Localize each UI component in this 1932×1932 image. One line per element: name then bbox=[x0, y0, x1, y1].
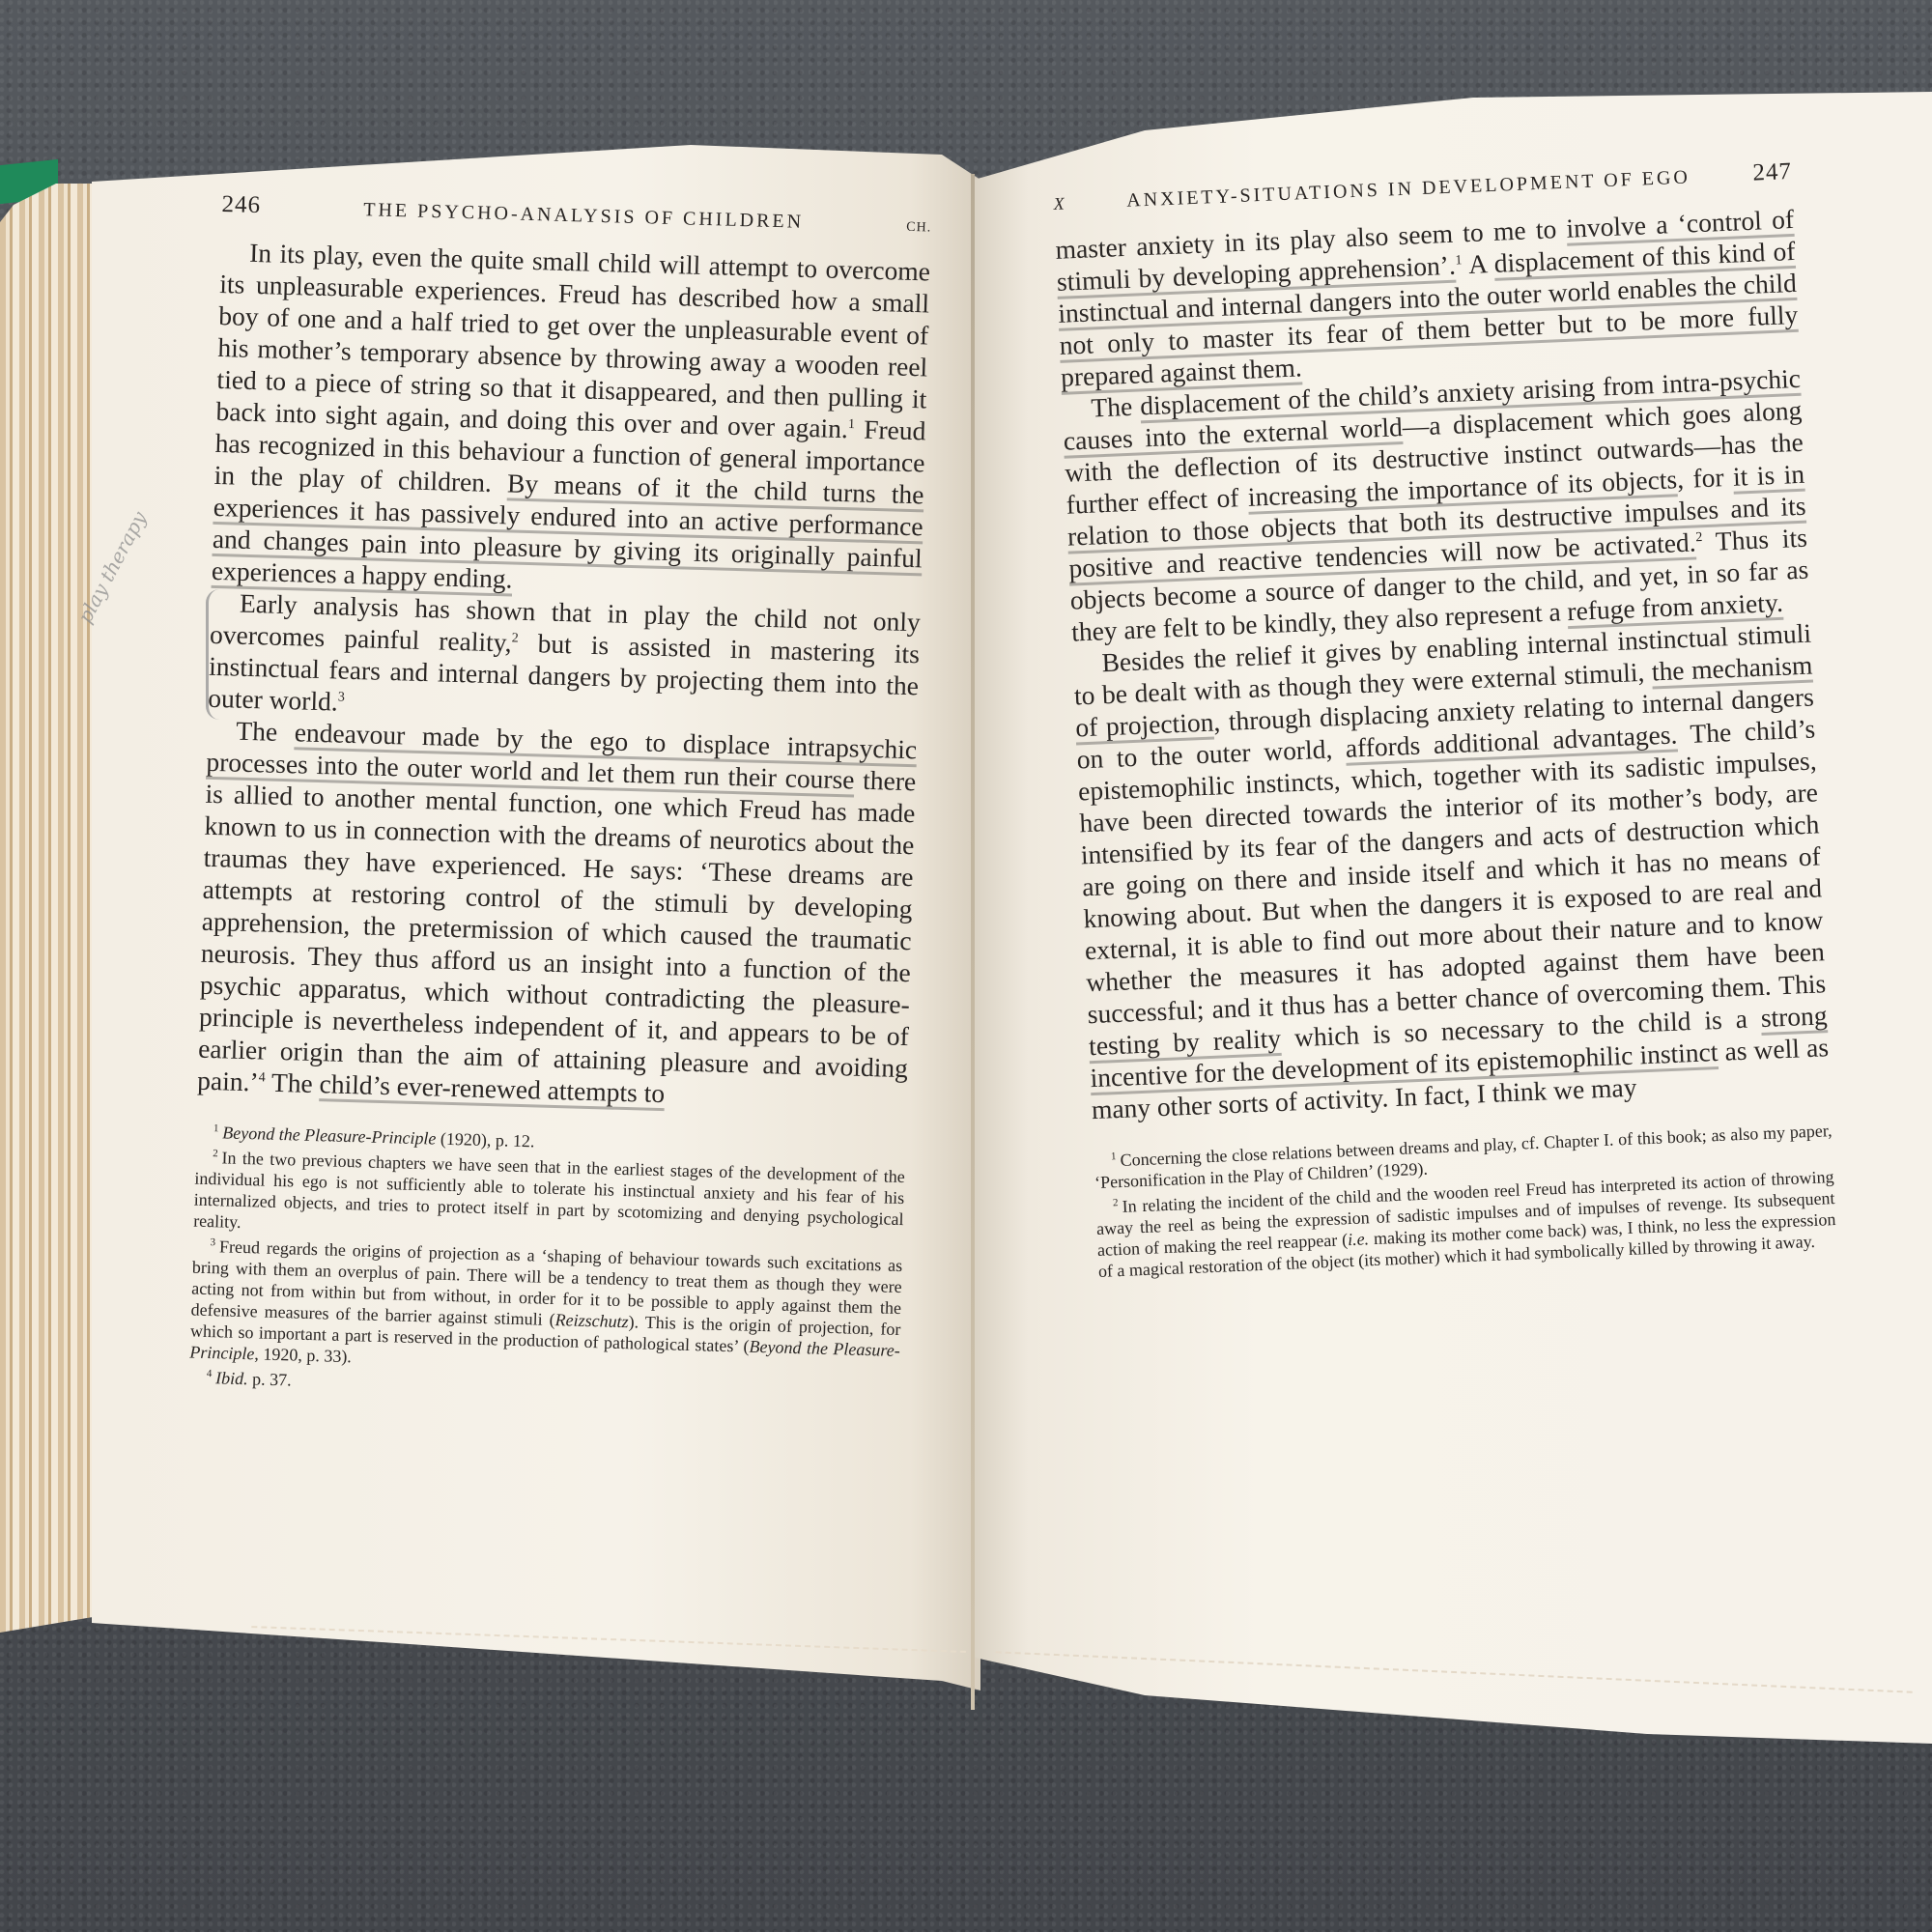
right-page-column: x ANXIETY-SITUATIONS IN DEVELOPMENT OF E… bbox=[1053, 158, 1837, 1282]
paragraph: The endeavour made by the ego to displac… bbox=[197, 714, 918, 1116]
footnote-ref: 3 bbox=[338, 690, 345, 704]
footnote-number: 1 bbox=[213, 1122, 219, 1134]
page-number: 246 bbox=[221, 191, 261, 219]
page-number: 247 bbox=[1752, 158, 1793, 187]
paragraph: In its play, even the quite small child … bbox=[212, 236, 931, 606]
italic-text: Reizschutz bbox=[554, 1310, 629, 1331]
chapter-marker: CH. bbox=[906, 220, 931, 237]
right-body-text: master anxiety in its play also seem to … bbox=[1055, 203, 1831, 1125]
italic-text: i.e. bbox=[1348, 1229, 1370, 1249]
paragraph: master anxiety in its play also seem to … bbox=[1055, 203, 1800, 393]
text-run: p. 37. bbox=[247, 1369, 292, 1389]
footnote-number: 2 bbox=[1113, 1197, 1119, 1208]
text-run: The bbox=[236, 716, 295, 748]
text-run: , 1920, p. 33). bbox=[254, 1344, 352, 1366]
text-run: The bbox=[1091, 390, 1141, 422]
book-gutter bbox=[971, 174, 975, 1710]
text-run: In the two previous chapters we have see… bbox=[193, 1148, 905, 1232]
footnote-number: 2 bbox=[213, 1148, 218, 1159]
left-footnotes: 1Beyond the Pleasure-Principle (1920), p… bbox=[188, 1118, 906, 1407]
paragraph: Early analysis has shown that in play th… bbox=[208, 586, 921, 733]
text-run: Freud regards the origins of projection … bbox=[190, 1236, 902, 1329]
footnote-number: 4 bbox=[207, 1368, 213, 1379]
chapter-marker: x bbox=[1053, 194, 1065, 214]
footnote-number: 3 bbox=[210, 1236, 215, 1248]
paragraph: Besides the relief it gives by enabling … bbox=[1072, 617, 1831, 1126]
text-run: A bbox=[1462, 248, 1494, 279]
text-run: there is allied to another mental functi… bbox=[197, 765, 917, 1097]
left-page-column: 246 THE PSYCHO-ANALYSIS OF CHILDREN CH. … bbox=[188, 191, 931, 1407]
italic-text: Ibid. bbox=[215, 1368, 248, 1388]
paragraph: The displacement of the child’s anxiety … bbox=[1062, 362, 1810, 648]
text-run: In its play, even the quite small child … bbox=[215, 238, 930, 443]
text-run: The bbox=[265, 1067, 320, 1099]
footnote-number: 1 bbox=[1111, 1151, 1117, 1162]
footnote: 3Freud regards the origins of projection… bbox=[189, 1232, 903, 1382]
text-run: , for bbox=[1676, 462, 1733, 494]
text-run: (1920), p. 12. bbox=[436, 1129, 535, 1151]
left-body-text: In its play, even the quite small child … bbox=[197, 236, 931, 1116]
